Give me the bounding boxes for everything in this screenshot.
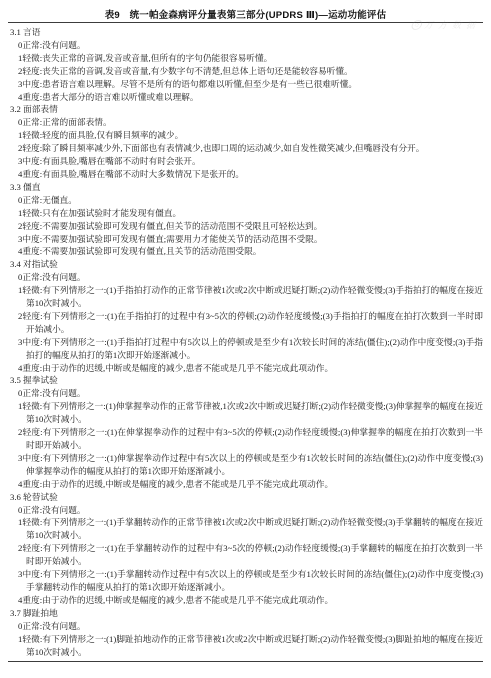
rating-item: 1轻微:只有在加强试验时才能发现有僵直。 (10, 207, 483, 220)
rating-item: 2轻度:不需要加强试验即可发现有僵直,但关节的活动范围不受限且可轻松达到。 (10, 220, 483, 233)
rating-item: 0正常:正常的面部表情。 (10, 116, 483, 129)
rating-item: 2轻度:有下列情形之一:(1)在手指拍打的过程中有3~5次的停顿;(2)动作轻度… (10, 310, 483, 336)
rating-item: 0正常:没有问题。 (10, 271, 483, 284)
rating-item: 2轻度:丧失正常的音调,发音或音量,有少数字句不清楚,但总体上语句还是能较容易听… (10, 65, 483, 78)
rating-item: 1轻微:丧失正常的音调,发音或音量,但所有的字句仍能很容易听懂。 (10, 52, 483, 65)
section: 3.7 脚趾拍地0正常:没有问题。1轻微:有下列情形之一:(1)脚趾拍地动作的正… (10, 607, 483, 659)
sections: 3.1 言语0正常:没有问题。1轻微:丧失正常的音调,发音或音量,但所有的字句仍… (0, 22, 491, 658)
rating-item: 2轻度:除了瞬目频率减少外,下面部也有表情减少,也即口周的运动减少,如自发性微笑… (10, 142, 483, 155)
rating-item: 4重度:由于动作的迟缓,中断或是幅度的减少,患者不能或是几乎不能完成此项动作。 (10, 478, 483, 491)
section: 3.3 僵直0正常:无僵直。1轻微:只有在加强试验时才能发现有僵直。2轻度:不需… (10, 181, 483, 258)
rating-item: 4重度:患者大部分的语言难以听懂或难以理解。 (10, 91, 483, 104)
rating-item: 4重度:由于动作的迟缓,中断或是幅度的减少,患者不能或是几乎不能完成此项动作。 (10, 594, 483, 607)
rating-item: 1轻微:有下列情形之一:(1)脚趾拍地动作的正常节律被1次或2次中断或迟疑打断;… (10, 633, 483, 659)
table-bottom-rule (8, 661, 483, 662)
rating-item: 0正常:没有问题。 (10, 504, 483, 517)
rating-item: 0正常:没有问题。 (10, 620, 483, 633)
section-heading: 3.3 僵直 (10, 181, 483, 194)
rating-item: 3中度:患者语言难以理解。尽管不是所有的语句都难以听懂,但至少是有一些已很难听懂… (10, 78, 483, 91)
rating-item: 1轻微:有下列情形之一:(1)伸掌握拳动作的正常节律被,1次或2次中断或迟疑打断… (10, 400, 483, 426)
section-heading: 3.1 言语 (10, 26, 483, 39)
rating-item: 1轻微:轻度的面具脸,仅有瞬目频率的减少。 (10, 129, 483, 142)
rating-item: 3中度:有下列情形之一:(1)手掌翻转动作过程中有5次以上的停顿或是至少有1次较… (10, 568, 483, 594)
rating-item: 1轻微:有下列情形之一:(1)手掌翻转动作的正常节律被1次或2次中断或迟疑打断;… (10, 516, 483, 542)
section-heading: 3.5 握拳试验 (10, 374, 483, 387)
rating-item: 3中度:有面具脸,嘴唇在嘴部不动时有时会张开。 (10, 155, 483, 168)
rating-item: 1轻微:有下列情形之一:(1)手指拍打动作的正常节律被1次或2次中断或迟疑打断;… (10, 284, 483, 310)
section-heading: 3.2 面部表情 (10, 103, 483, 116)
section-heading: 3.6 轮替试验 (10, 491, 483, 504)
rating-item: 3中度:有下列情形之一:(1)手指拍打过程中有5次以上的停顿或是至少有1次较长时… (10, 336, 483, 362)
section-heading: 3.7 脚趾拍地 (10, 607, 483, 620)
section: 3.1 言语0正常:没有问题。1轻微:丧失正常的音调,发音或音量,但所有的字句仍… (10, 26, 483, 103)
rating-item: 0正常:没有问题。 (10, 387, 483, 400)
rating-item: 3中度:不需要加强试验即可发现有僵直;需要用力才能使关节的活动范围不受限。 (10, 233, 483, 246)
section: 3.5 握拳试验0正常:没有问题。1轻微:有下列情形之一:(1)伸掌握拳动作的正… (10, 374, 483, 490)
section: 3.6 轮替试验0正常:没有问题。1轻微:有下列情形之一:(1)手掌翻转动作的正… (10, 491, 483, 607)
rating-item: 4重度:由于动作的迟缓,中断或是幅度的减少,患者不能或是几乎不能完成此项动作。 (10, 362, 483, 375)
rating-item: 4重度:不需要加强试验即可发现有僵直,且关节的活动范围受限。 (10, 245, 483, 258)
section: 3.4 对指试验0正常:没有问题。1轻微:有下列情形之一:(1)手指拍打动作的正… (10, 258, 483, 374)
rating-item: 0正常:无僵直。 (10, 194, 483, 207)
rating-item: 4重度:有面具脸,嘴唇在嘴部不动时大多数情况下是张开的。 (10, 168, 483, 181)
rating-item: 3中度:有下列情形之一:(1)伸掌握拳动作过程中有5次以上的停顿或是至少有1次较… (10, 452, 483, 478)
rating-item: 0正常:没有问题。 (10, 39, 483, 52)
document-page: 表9 统一帕金森病评分量表第三部分(UPDRS Ⅲ)—运动功能评估 万方数据 3… (0, 0, 491, 678)
section: 3.2 面部表情0正常:正常的面部表情。1轻微:轻度的面具脸,仅有瞬目频率的减少… (10, 103, 483, 180)
rating-item: 2轻度:有下列情形之一:(1)在伸掌握拳动作的过程中有3~5次的停顿;(2)动作… (10, 426, 483, 452)
table-title: 表9 统一帕金森病评分量表第三部分(UPDRS Ⅲ)—运动功能评估 (0, 0, 491, 22)
section-heading: 3.4 对指试验 (10, 258, 483, 271)
rating-item: 2轻度:有下列情形之一:(1)在手掌翻转动作的过程中有3~5次的停顿;(2)动作… (10, 542, 483, 568)
